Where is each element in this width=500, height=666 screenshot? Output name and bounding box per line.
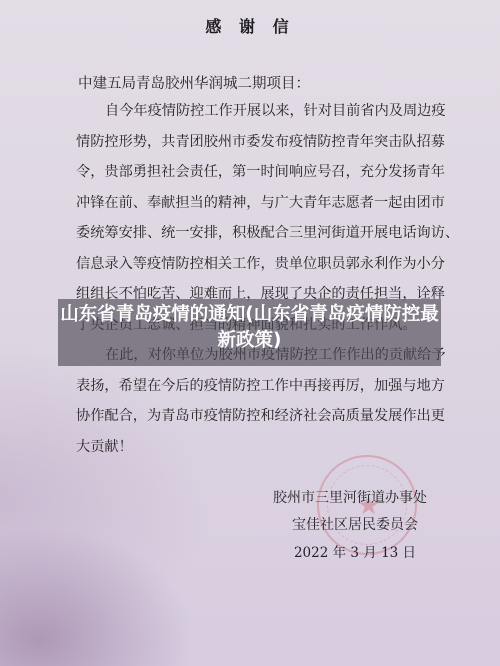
body-line: 情防控形势，共青团胶州市委发布疫情防控青年突击队招募 (76, 127, 416, 158)
body-line: 表扬，希望在今后的疫情防控工作中再接再厉，加强与地方 (76, 371, 416, 402)
letter-title: 感 谢 信 (0, 14, 500, 37)
body-line: 自今年疫情防控工作开展以来，针对目前省内及周边疫 (76, 96, 416, 127)
signature-org-line1: 胶州市三里河街道办事处 (265, 487, 435, 507)
body-line: 协作配合，为青岛市疫情防控和经济社会高质量发展作出更 (76, 401, 416, 432)
letter-body: 自今年疫情防控工作开展以来，针对目前省内及周边疫 情防控形势，共青团胶州市委发布… (76, 96, 416, 462)
signature-org-line2: 宝佳社区居民委员会 (270, 514, 440, 534)
body-line: 冲锋在前、奉献担当的精神，与广大青年志愿者一起由团市 (76, 188, 416, 219)
body-line: 委统筹安排、统一安排，积极配合三里河街道开展电话询访、 (76, 218, 416, 249)
signature-date: 2022 年 3 月 13 日 (270, 541, 440, 561)
letter-greeting: 中建五局青岛胶州华润城二期项目： (78, 72, 310, 93)
body-line: 信息录入等疫情防控相关工作，贵单位职员郭永利作为小分 (76, 249, 416, 280)
headline-overlay-text: 山东省青岛疫情的通知(山东省青岛疫情防控最新政策) (58, 302, 441, 354)
body-line: 令，贵部勇担社会责任，第一时间响应号召，充分发扬青年 (76, 157, 416, 188)
